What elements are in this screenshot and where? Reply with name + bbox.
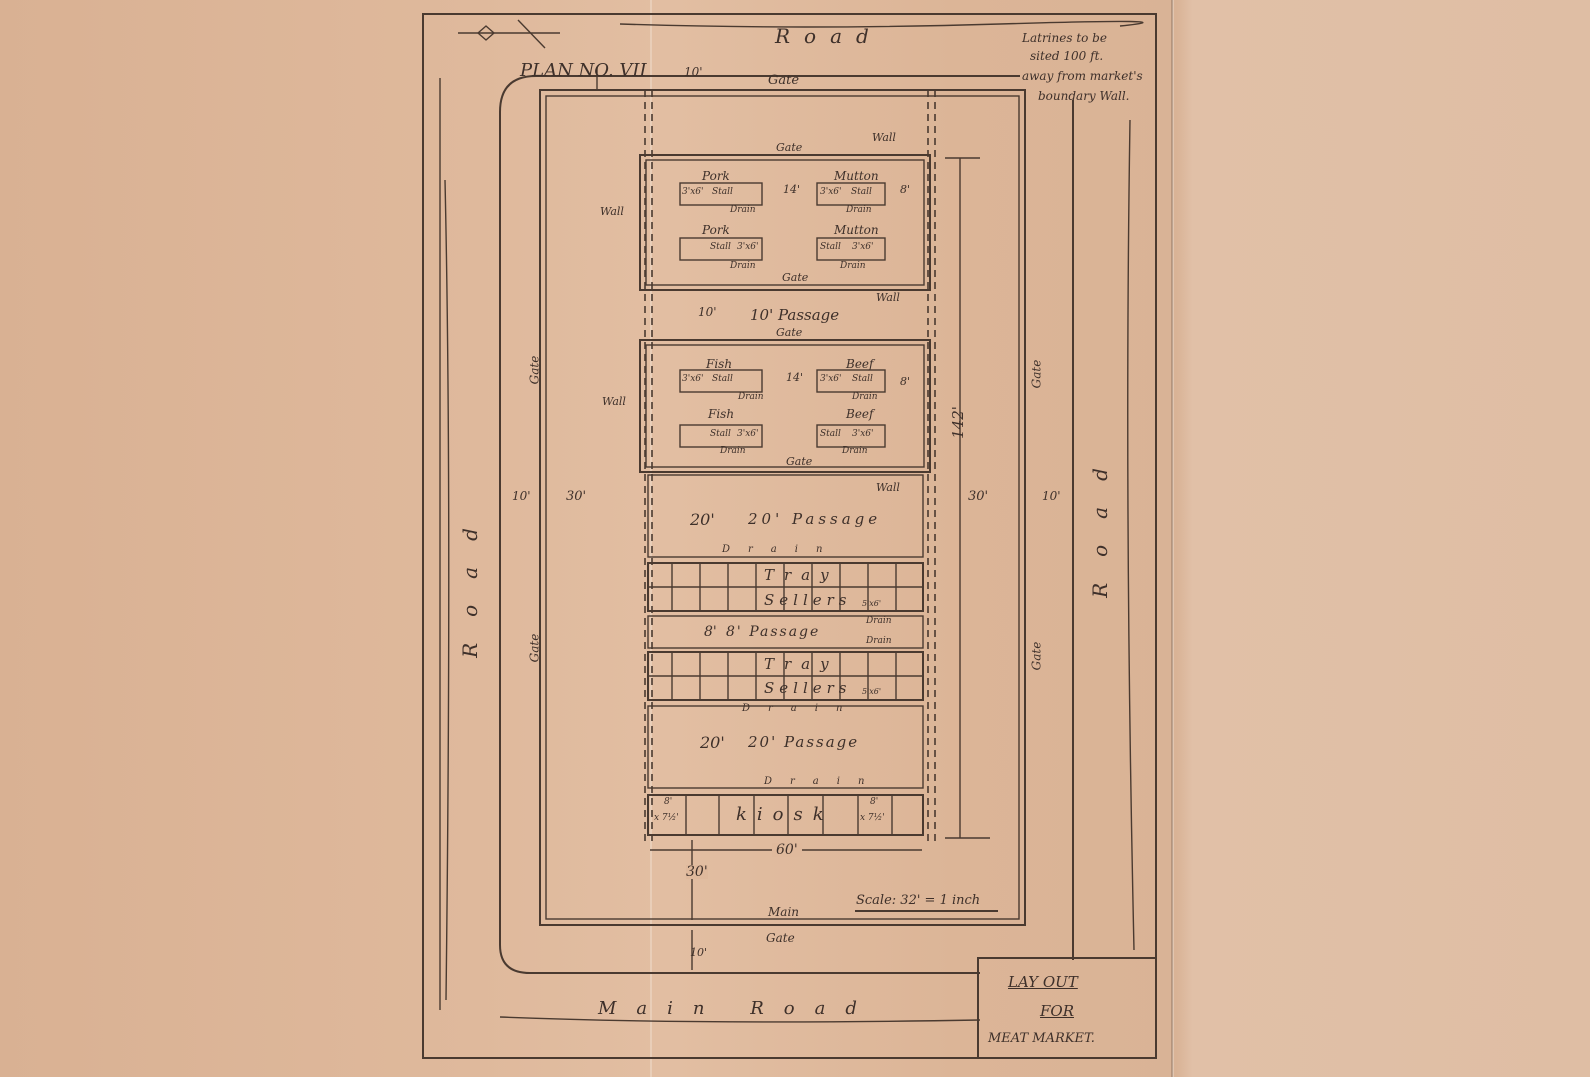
drain-label: Drain	[852, 393, 878, 402]
wall-label-1: Wall	[872, 132, 896, 143]
road-label-right: Road	[1090, 442, 1110, 598]
stall-fish-top: Fish	[706, 358, 732, 370]
kiosk-size: 8'	[664, 798, 672, 807]
stall-pork-top: Pork	[702, 170, 730, 182]
gate-inner-4: Gate	[786, 456, 812, 467]
title-line2: FOR	[1040, 1004, 1074, 1019]
dim-passage-8: 8'	[704, 625, 717, 639]
drain-label: Drain	[846, 206, 872, 215]
stall-size: 3'x6'	[852, 430, 873, 439]
title-line1: LAY OUT	[1008, 975, 1078, 990]
dim-passage-20: 20'	[700, 735, 725, 751]
drain-label: Drain	[738, 393, 764, 402]
gate-right-upper: Gate	[1030, 360, 1042, 389]
gate-top: Gate	[768, 74, 799, 87]
road-label-left: Road	[460, 502, 480, 658]
drain-label: Drain	[842, 447, 868, 456]
dim-passage-20: 20'	[690, 512, 715, 528]
title-line3: MEAT MARKET.	[988, 1032, 1095, 1045]
kiosk-size: x 7½'	[654, 814, 679, 823]
dim-bottom-setback: 10'	[690, 947, 707, 958]
gate-right-lower: Gate	[1030, 642, 1042, 671]
tray-sellers-line1: Tray	[764, 657, 839, 672]
wall-label: Wall	[600, 206, 624, 217]
dim-stall-gap: 14'	[786, 372, 803, 383]
drain-label: Drain	[730, 206, 756, 215]
tray-sellers-line2: Sellers	[764, 681, 852, 696]
dim-left-inner-gap: 30'	[566, 490, 586, 503]
passage-20a: 20' Passage	[748, 512, 881, 527]
note-line1: Latrines to be	[1022, 32, 1107, 44]
drain-label: Drain	[764, 777, 882, 787]
wall-label: Wall	[876, 482, 900, 493]
kiosk-size: x 7½'	[860, 814, 885, 823]
stall-size: 3'x6'	[820, 188, 841, 197]
stall-size: 3'x6'	[852, 243, 873, 252]
tray-sellers-line2: Sellers	[764, 593, 852, 608]
stall-label: Stall	[820, 430, 841, 439]
drain-label: Drain	[722, 545, 840, 555]
road-label-top: Road	[775, 26, 883, 46]
dim-length: 142'	[951, 406, 966, 439]
stall-size: 3'x6'	[682, 375, 703, 384]
dim-stall-gap: 14'	[783, 184, 800, 195]
kiosk-size: 8'	[870, 798, 878, 807]
note-line2: sited 100 ft.	[1030, 50, 1103, 62]
dim-side-gap: 8'	[900, 184, 910, 195]
stall-size: 3'x6'	[737, 430, 758, 439]
drain-label: Drain	[742, 704, 860, 714]
tray-cell-size: 5'x6'	[862, 600, 881, 608]
drain-label: Drain	[720, 447, 746, 456]
passage-8: 8' Passage	[726, 625, 820, 639]
scale-label: Scale: 32' = 1 inch	[856, 894, 980, 907]
stall-label: Stall	[852, 375, 873, 384]
drain-label: Drain	[866, 617, 892, 626]
dim-top-setback: 10'	[684, 66, 703, 78]
gate-left-lower: Gate	[528, 634, 540, 663]
stall-label: Stall	[820, 243, 841, 252]
stall-beef-bottom: Beef	[846, 408, 873, 420]
wall-label: Wall	[876, 292, 900, 303]
stall-label: Stall	[712, 375, 733, 384]
drain-label: Drain	[866, 637, 892, 646]
dim-width: 60'	[772, 843, 802, 857]
tray-cell-size: 5'x6'	[862, 688, 881, 696]
dim-right-road-gap: 10'	[1042, 490, 1061, 502]
stall-label: Stall	[710, 430, 731, 439]
stall-label: Stall	[710, 243, 731, 252]
dim-bottom-gap: 30'	[686, 865, 708, 879]
note-line4: boundary Wall.	[1038, 90, 1129, 102]
stall-size: 3'x6'	[682, 188, 703, 197]
stall-beef-top: Beef	[846, 358, 873, 370]
main-gate-line2: Gate	[766, 932, 795, 944]
tray-sellers-line1: Tray	[764, 568, 839, 583]
dim-side-gap: 8'	[900, 376, 910, 387]
plan-number: PLAN NO. VII	[520, 62, 647, 80]
gate-inner-1: Gate	[776, 142, 802, 153]
stall-size: 3'x6'	[820, 375, 841, 384]
main-gate-line1: Main	[768, 906, 799, 918]
dim-left-road-gap: 10'	[512, 490, 531, 502]
stall-mutton-top: Mutton	[834, 170, 879, 182]
gate-left-upper: Gate	[528, 356, 540, 385]
stall-fish-bottom: Fish	[708, 408, 734, 420]
kiosk-label: kiosk	[736, 806, 834, 824]
stall-size: 3'x6'	[737, 243, 758, 252]
stall-pork-bottom: Pork	[702, 224, 730, 236]
wall-label: Wall	[602, 396, 626, 407]
stall-label: Stall	[851, 188, 872, 197]
road-label-bottom: Main Road	[598, 1000, 877, 1018]
stall-label: Stall	[712, 188, 733, 197]
drain-label: Drain	[840, 262, 866, 271]
note-line3: away from market's	[1022, 70, 1143, 82]
dim-passage-10: 10'	[698, 306, 717, 318]
dim-right-inner-gap: 30'	[968, 490, 988, 503]
drain-label: Drain	[730, 262, 756, 271]
gate-inner-3: Gate	[776, 327, 802, 338]
gate-inner-2: Gate	[782, 272, 808, 283]
passage-10: 10' Passage	[750, 308, 839, 323]
passage-20b: 20' Passage	[748, 735, 859, 750]
stall-mutton-bottom: Mutton	[834, 224, 879, 236]
